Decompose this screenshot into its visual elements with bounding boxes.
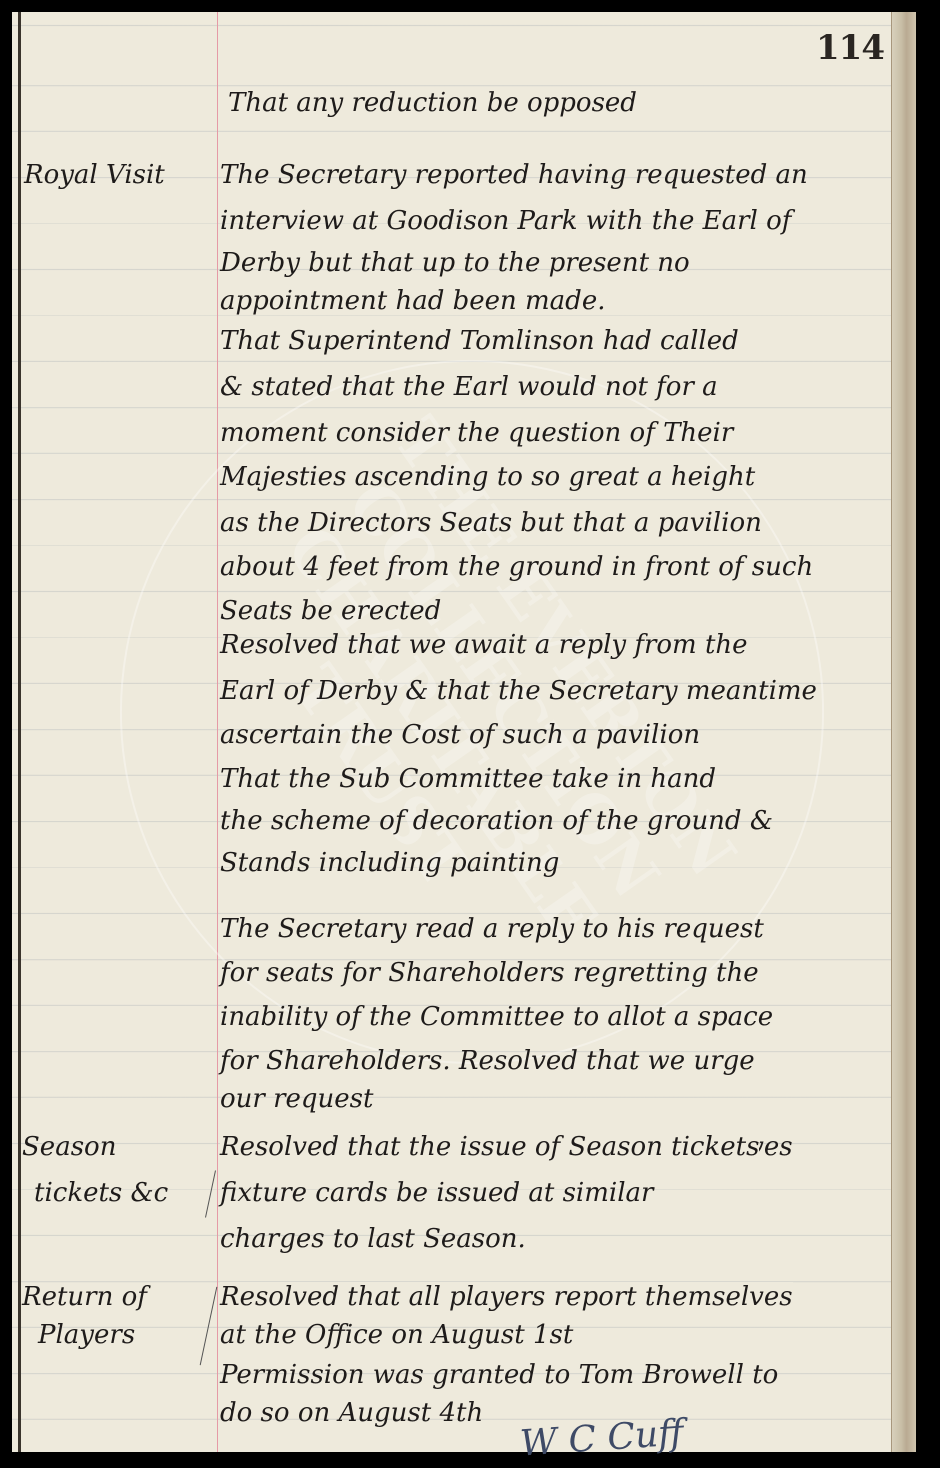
minute-line: Earl of Derby & that the Secretary meant… — [220, 676, 817, 706]
minute-line: & stated that the Earl would not for a — [220, 372, 718, 402]
minute-line: That the Sub Committee take in hand — [220, 764, 716, 794]
minute-line: inability of the Committee to allot a sp… — [220, 1002, 773, 1032]
minute-line: appointment had been made. — [220, 286, 605, 316]
minute-line: do so on August 4th — [220, 1398, 483, 1428]
minute-line: That Superintend Tomlinson had called — [220, 326, 739, 356]
page-number: 114 — [816, 28, 884, 68]
minute-line: Resolved that we await a reply from the — [220, 630, 748, 660]
minute-line: Resolved that the issue of Season ticket… — [220, 1132, 759, 1162]
margin-heading-return-of-players: Players — [38, 1320, 135, 1350]
minute-line: ascertain the Cost of such a pavilion — [220, 720, 700, 750]
minute-line: Resolved that all players report themsel… — [220, 1282, 793, 1312]
minute-line: the scheme of decoration of the ground & — [220, 806, 773, 836]
minute-line: Derby but that up to the present no — [220, 248, 690, 278]
book-gutter — [891, 12, 916, 1452]
minute-line: charges to last Season. — [220, 1224, 526, 1254]
minute-line: for Shareholders. Resolved that we urge — [220, 1046, 755, 1076]
minute-line: Majesties ascending to so great a height — [220, 462, 755, 492]
minute-line: moment consider the question of Their — [220, 418, 733, 448]
minute-line: The Secretary reported having requested … — [220, 160, 808, 190]
minute-line: Seats be erected — [220, 596, 441, 626]
margin-heading-season-tickets: tickets &c — [34, 1178, 168, 1208]
minute-line: That any reduction be opposed — [228, 88, 637, 118]
margin-heading-season-tickets: Season — [22, 1132, 116, 1162]
minute-line: for seats for Shareholders regretting th… — [220, 958, 759, 988]
minute-line: Permission was granted to Tom Browell to — [220, 1360, 778, 1390]
minute-line: interview at Goodison Park with the Earl… — [220, 206, 791, 236]
minute-line: as the Directors Seats but that a pavili… — [220, 508, 762, 538]
minute-line: The Secretary read a reply to his reques… — [220, 914, 764, 944]
minute-line: Stands including painting — [220, 848, 559, 878]
minute-line: at the Office on August 1st — [220, 1320, 573, 1350]
minute-line: about 4 feet from the ground in front of… — [220, 552, 813, 582]
margin-heading-return-of-players: Return of — [22, 1282, 147, 1312]
minute-line: fixture cards be issued at similar — [220, 1178, 653, 1208]
margin-rule — [217, 12, 218, 1452]
page-edge — [18, 12, 21, 1452]
minute-line: our request — [220, 1084, 373, 1114]
margin-heading-royal-visit: Royal Visit — [24, 160, 165, 190]
